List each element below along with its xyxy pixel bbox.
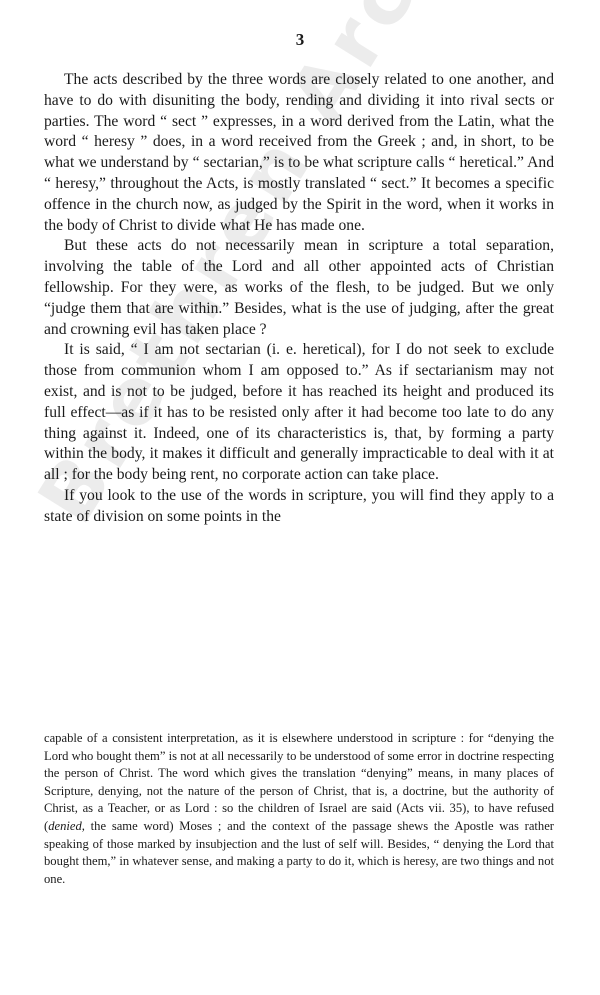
footnote-text-part2: the same word) Moses ; and the context o…: [44, 819, 554, 886]
page-number: 3: [0, 30, 600, 50]
paragraph: It is said, “ I am not sectarian (i. e. …: [44, 340, 554, 486]
main-text: The acts described by the three words ar…: [44, 70, 554, 528]
footnote: capable of a consistent interpretation, …: [44, 730, 554, 888]
paragraph: But these acts do not necessarily mean i…: [44, 236, 554, 340]
paragraph: If you look to the use of the words in s…: [44, 486, 554, 528]
footnote-italic-term: denied,: [48, 819, 85, 833]
paragraph: The acts described by the three words ar…: [44, 70, 554, 236]
footnote-paragraph: capable of a consistent interpretation, …: [44, 730, 554, 888]
footnote-text-part1: capable of a consistent interpretation, …: [44, 731, 554, 833]
